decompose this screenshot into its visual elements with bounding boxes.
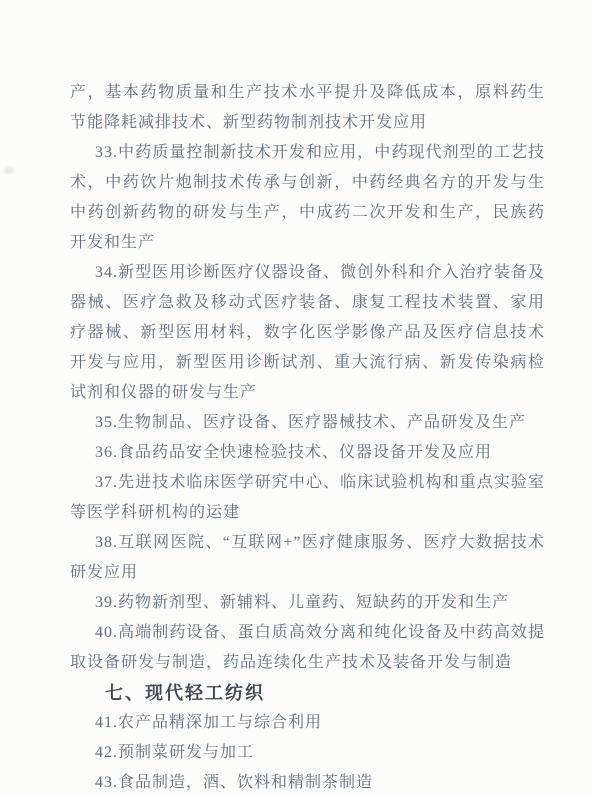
text-line: 疗器械、新型医用材料，数字化医学影像产品及医疗信息技术的 [70, 318, 545, 348]
text-line: 41.农产品精深加工与综合利用 [70, 708, 545, 738]
text-line: 器械、医疗急救及移动式医疗装备、康复工程技术装置、家用医 [70, 288, 545, 318]
text-line: 42.预制菜研发与加工 [70, 738, 545, 768]
text-line: 39.药物新剂型、新辅料、儿童药、短缺药的开发和生产 [70, 588, 545, 618]
scan-smudge [4, 167, 14, 174]
text-line: 34.新型医用诊断医疗仪器设备、微创外科和介入治疗装备及 [70, 258, 545, 288]
text-line: 36.食品药品安全快速检验技术、仪器设备开发及应用 [70, 438, 545, 468]
text-line: 40.高端制药设备、蛋白质高效分离和纯化设备及中药高效提 [70, 618, 545, 648]
text-line: 取设备研发与制造，药品连续化生产技术及装备开发与制造 [70, 648, 545, 678]
text-line: 33.中药质量控制新技术开发和应用，中药现代剂型的工艺技 [70, 138, 545, 168]
text-line: 38.互联网医院、“互联网+”医疗健康服务、医疗大数据技术 [70, 528, 545, 558]
text-line: 开发和生产 [70, 228, 545, 258]
section-heading: 七、现代轻工纺织 [70, 678, 545, 708]
text-line: 37.先进技术临床医学研究中心、临床试验机构和重点实验室 [70, 468, 545, 498]
text-line: 等医学科研机构的运建 [70, 498, 545, 528]
text-line: 产，基本药物质量和生产技术水平提升及降低成本，原料药生产 [70, 78, 545, 108]
text-line: 开发与应用，新型医用诊断试剂、重大流行病、新发传染病检测 [70, 348, 545, 378]
text-line: 中药创新药物的研发与生产，中成药二次开发和生产，民族药物 [70, 198, 545, 228]
text-line: 35.生物制品、医疗设备、医疗器械技术、产品研发及生产 [70, 408, 545, 438]
document-page: 产，基本药物质量和生产技术水平提升及降低成本，原料药生产 节能降耗减排技术、新型… [0, 0, 592, 796]
text-line: 试剂和仪器的研发与生产 [70, 378, 545, 408]
text-line: 术，中药饮片炮制技术传承与创新，中药经典名方的开发与生产， [70, 168, 545, 198]
document-content: 产，基本药物质量和生产技术水平提升及降低成本，原料药生产 节能降耗减排技术、新型… [70, 78, 545, 796]
text-line: 43.食品制造，酒、饮料和精制茶制造 [70, 768, 545, 796]
text-line: 节能降耗减排技术、新型药物制剂技术开发应用 [70, 108, 545, 138]
text-line: 研发应用 [70, 558, 545, 588]
